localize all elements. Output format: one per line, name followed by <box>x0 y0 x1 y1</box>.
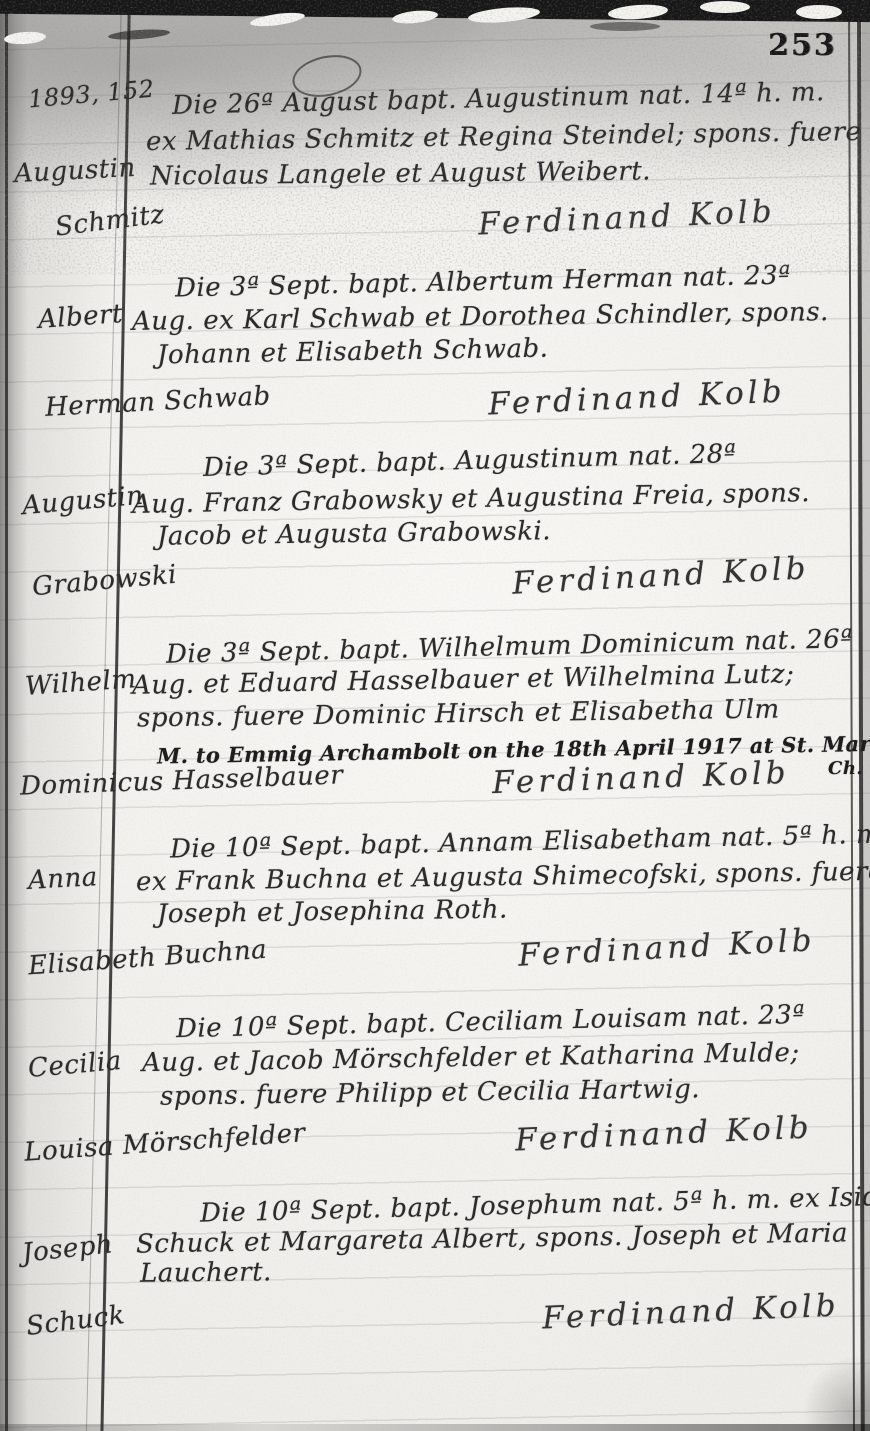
entry-body-line: Die 3ª Sept. bapt. Augustinum nat. 28ª <box>203 439 737 483</box>
torn-paper-chip <box>4 31 47 46</box>
ink-smudge <box>108 28 170 41</box>
entry-body-line: Aug. ex Karl Schwab et Dorothea Schindle… <box>132 297 829 337</box>
priest-signature: Ferdinand Kolb <box>477 194 776 243</box>
entry-margin-surname: Schmitz <box>54 199 167 242</box>
entry-year-number: 1893, 152 <box>27 75 156 114</box>
entry-body-line: Nicolaus Langele et August Weibert. <box>150 156 651 191</box>
entry-body-line: Jacob et Augusta Grabowski. <box>157 516 551 551</box>
entry-margin-surname: Dominicus Hasselbauer <box>20 760 344 801</box>
entry-body-line: Johann et Elisabeth Schwab. <box>157 334 549 371</box>
entry-margin-given-name: Wilhelm <box>24 664 137 702</box>
register-page-scan: 253 1893, 152 Die 26ª August bapt. Augus… <box>0 0 870 1431</box>
entry-body-line: Die 3ª Sept. bapt. Albertum Herman nat. … <box>175 261 792 304</box>
entry-margin-given-name: Augustin <box>13 153 136 189</box>
entry-body-line: Aug. Franz Grabowsky et Augustina Freia,… <box>132 478 810 520</box>
marriage-annotation-suffix: Ch. <box>828 758 863 779</box>
entry-body-line: Aug. et Jacob Mörschfelder et Katharina … <box>142 1038 800 1078</box>
entry-body-line: Die 10ª Sept. bapt. Ceciliam Louisam nat… <box>176 1000 806 1044</box>
entry-margin-surname: Louisa Mörschfelder <box>23 1118 306 1168</box>
entry-margin-given-name: Augustin <box>21 481 145 521</box>
entry-body-line: spons. fuere Philipp et Cecilia Hartwig. <box>160 1074 700 1112</box>
entry-margin-surname: Herman Schwab <box>44 381 271 423</box>
entry-body-line: spons. fuere Dominic Hirsch et Elisabeth… <box>137 695 780 734</box>
scanner-bottom-band <box>0 1424 870 1431</box>
entry-margin-surname: Elisabeth Buchna <box>27 935 268 982</box>
priest-signature: Ferdinand Kolb <box>514 1110 813 1159</box>
scan-noise-corner <box>780 1330 870 1431</box>
entry-body-line: Lauchert. <box>140 1257 272 1288</box>
priest-signature: Ferdinand Kolb <box>517 922 816 974</box>
entry-body-line: Die 26ª August bapt. Augustinum nat. 14ª… <box>172 77 825 121</box>
entry-margin-surname: Grabowski <box>31 560 178 603</box>
entry-body-line: Joseph et Josephina Roth. <box>157 895 508 930</box>
priest-signature: Ferdinand Kolb <box>511 550 810 602</box>
torn-paper-chip <box>796 5 842 19</box>
left-edge-rule <box>5 0 8 1431</box>
priest-signature: Ferdinand Kolb <box>487 374 786 423</box>
entry-margin-given-name: Anna <box>27 862 98 896</box>
ink-smudge <box>590 22 660 31</box>
entry-body-line: ex Mathias Schmitz et Regina Steindel; s… <box>146 117 862 157</box>
torn-paper-chip <box>700 1 750 13</box>
page-number: 253 <box>768 28 837 63</box>
entry-margin-given-name: Albert <box>37 299 124 335</box>
right-rule-inner <box>848 0 855 1431</box>
entry-margin-given-name: Joseph <box>21 1229 115 1268</box>
entry-margin-surname: Schuck <box>25 1300 127 1342</box>
priest-signature: Ferdinand Kolb <box>541 1288 840 1337</box>
